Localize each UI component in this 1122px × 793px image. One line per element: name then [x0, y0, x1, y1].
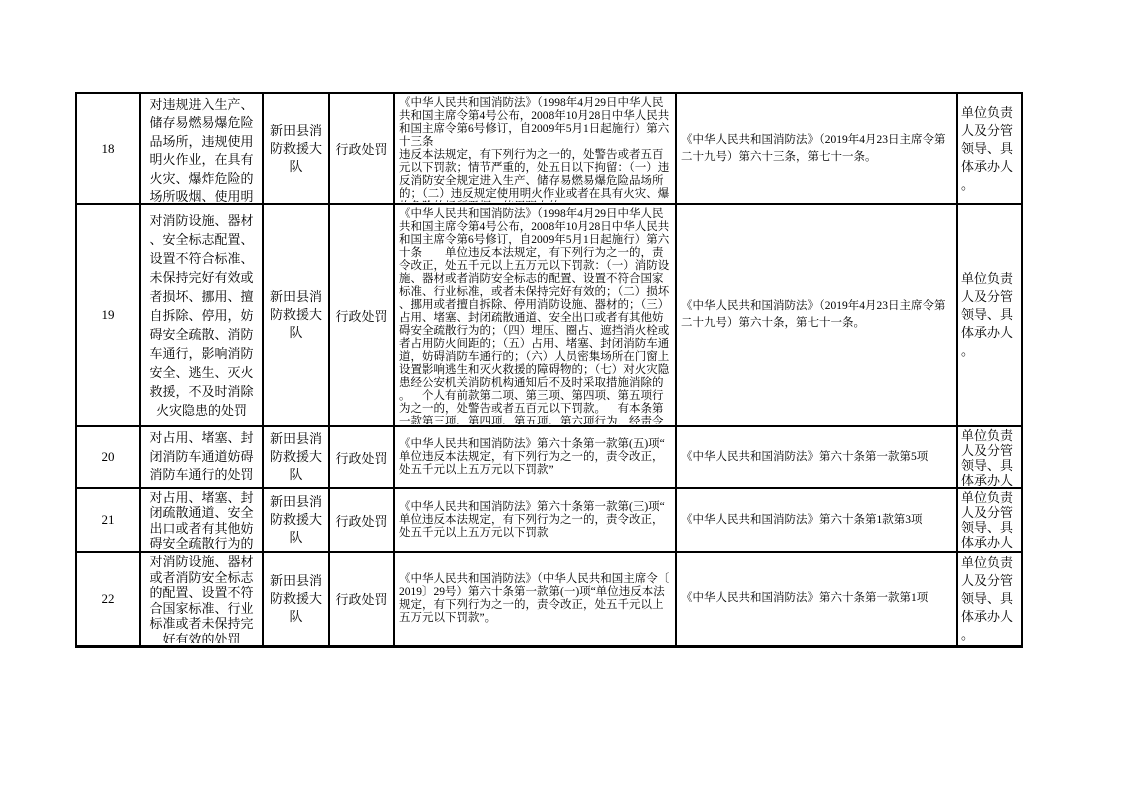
legal-reference-cell: 《中华人民共和国消防法》（2019年4月23日主席令第二十九号）第六十条，第七十… [676, 204, 957, 426]
legal-basis-cell: 《中华人民共和国消防法》第六十条第一款第(三)项“单位违反本法规定，有下列行为之… [394, 488, 676, 552]
legal-reference-cell: 《中华人民共和国消防法》（2019年4月23日主席令第二十九号）第六十三条，第七… [676, 93, 957, 204]
penalty-type-cell: 行政处罚 [329, 488, 394, 552]
row-number-cell: 19 [76, 204, 140, 426]
penalty-matter-cell: 对消防设施、器材或者消防安全标志的配置、设置不符合国家标准、行业标准或者未保持完… [140, 552, 263, 646]
penalty-type-cell: 行政处罚 [329, 93, 394, 204]
legal-basis-cell: 《中华人民共和国消防法》（1998年4月29日中华人民共和国主席令第4号公布，2… [394, 204, 676, 426]
legal-reference-cell: 《中华人民共和国消防法》第六十条第一款第1项 [676, 552, 957, 646]
legal-reference-cell: 《中华人民共和国消防法》第六十条第1款第3项 [676, 488, 957, 552]
table-row: 19 对消防设施、器材、安全标志配置、设置不符合标准、未保持完好有效或者损坏、挪… [76, 204, 1022, 426]
row-number-cell: 21 [76, 488, 140, 552]
legal-basis-cell: 《中华人民共和国消防法》（1998年4月29日中华人民共和国主席令第4号公布，2… [394, 93, 676, 204]
document-page: 18 对违规进入生产、储存易燃易爆危险品场所，违规使用明火作业，在具有火灾、爆炸… [0, 0, 1122, 793]
agency-cell: 新田县消防救援大队 [263, 204, 329, 426]
responsible-persons-cell: 单位负责人及分管领导、具体承办人。 [957, 426, 1022, 488]
row-number-cell: 22 [76, 552, 140, 646]
penalty-matter-cell: 对占用、堵塞、封闭消防车通道妨碍消防车通行的处罚 [140, 426, 263, 488]
responsible-persons-cell: 单位负责人及分管领导、具体承办人。 [957, 93, 1022, 204]
penalty-type-cell: 行政处罚 [329, 426, 394, 488]
responsible-persons-cell: 单位负责人及分管领导、具体承办人。 [957, 204, 1022, 426]
table-row: 18 对违规进入生产、储存易燃易爆危险品场所，违规使用明火作业，在具有火灾、爆炸… [76, 93, 1022, 204]
agency-cell: 新田县消防救援大队 [263, 488, 329, 552]
table-row: 21 对占用、堵塞、封闭疏散通道、安全出口或者有其他妨碍安全疏散行为的处罚 新田… [76, 488, 1022, 552]
legal-basis-cell: 《中华人民共和国消防法》第六十条第一款第(五)项“单位违反本法规定，有下列行为之… [394, 426, 676, 488]
table-row: 20 对占用、堵塞、封闭消防车通道妨碍消防车通行的处罚 新田县消防救援大队 行政… [76, 426, 1022, 488]
table-row: 22 对消防设施、器材或者消防安全标志的配置、设置不符合国家标准、行业标准或者未… [76, 552, 1022, 646]
row-number-cell: 18 [76, 93, 140, 204]
legal-reference-cell: 《中华人民共和国消防法》第六十条第一款第5项 [676, 426, 957, 488]
responsible-persons-cell: 单位负责人及分管领导、具体承办人。 [957, 488, 1022, 552]
agency-cell: 新田县消防救援大队 [263, 426, 329, 488]
row-number-cell: 20 [76, 426, 140, 488]
penalty-type-cell: 行政处罚 [329, 552, 394, 646]
penalty-table: 18 对违规进入生产、储存易燃易爆危险品场所，违规使用明火作业，在具有火灾、爆炸… [75, 92, 1023, 648]
agency-cell: 新田县消防救援大队 [263, 93, 329, 204]
responsible-persons-cell: 单位负责人及分管领导、具体承办人。 [957, 552, 1022, 646]
penalty-type-cell: 行政处罚 [329, 204, 394, 426]
penalty-matter-cell: 对消防设施、器材、安全标志配置、设置不符合标准、未保持完好有效或者损坏、挪用、擅… [140, 204, 263, 426]
penalty-matter-cell: 对违规进入生产、储存易燃易爆危险品场所，违规使用明火作业，在具有火灾、爆炸危险的… [140, 93, 263, 204]
penalty-matter-cell: 对占用、堵塞、封闭疏散通道、安全出口或者有其他妨碍安全疏散行为的处罚 [140, 488, 263, 552]
agency-cell: 新田县消防救援大队 [263, 552, 329, 646]
legal-basis-cell: 《中华人民共和国消防法》（中华人民共和国主席令〔2019〕29号）第六十条第一款… [394, 552, 676, 646]
